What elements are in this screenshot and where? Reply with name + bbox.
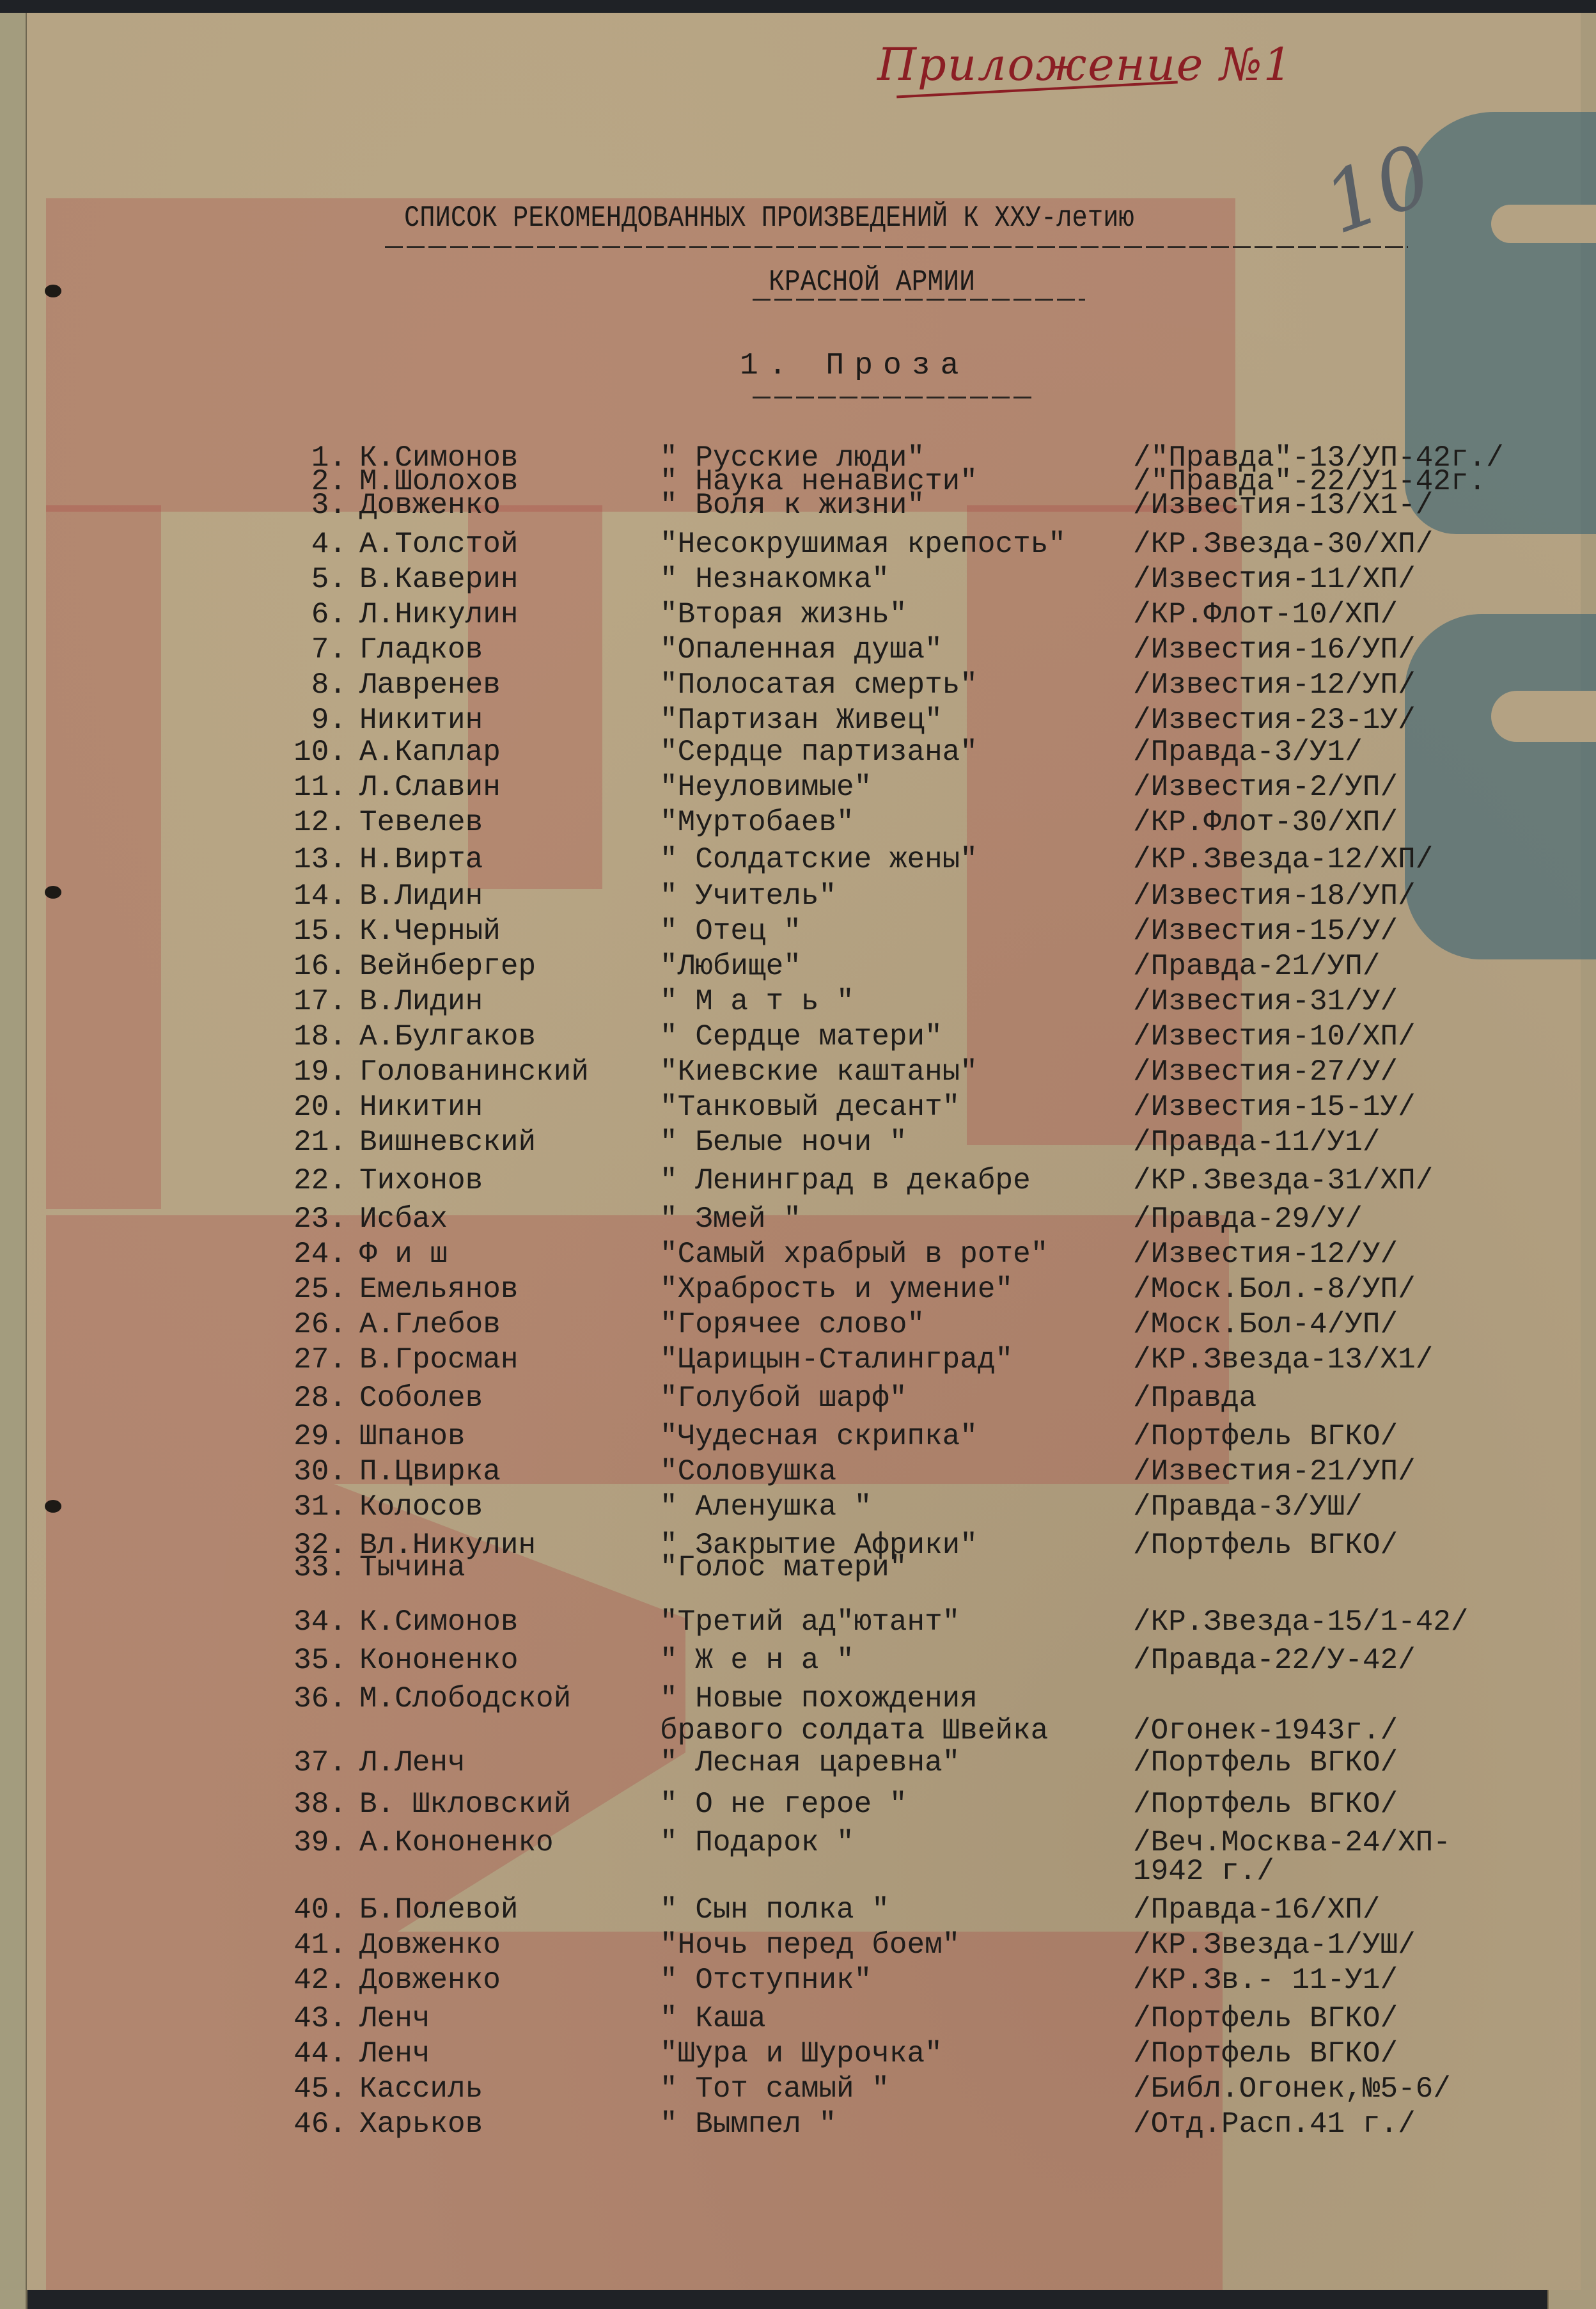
- binding-hole: [45, 1500, 61, 1513]
- entry-title: " Незнакомка": [660, 563, 889, 596]
- entry-author: В.Гросман: [359, 1343, 518, 1376]
- entry-author: А.Булгаков: [359, 1020, 536, 1053]
- entry-author: Исбах: [359, 1202, 448, 1236]
- entry-title: "Партизан Живец": [660, 704, 943, 737]
- entry-number: 25.: [283, 1273, 347, 1306]
- entry-source: /Известия-13/Х1-/: [1133, 489, 1433, 522]
- entry-number: 19.: [283, 1055, 347, 1089]
- entry-author: Л.Ленч: [359, 1746, 465, 1779]
- entry-number: 36.: [283, 1682, 347, 1715]
- entry-author: Ф и ш: [359, 1238, 448, 1271]
- entry-title: " О не герое ": [660, 1788, 907, 1821]
- entry-title: "Несокрушимая крепость": [660, 528, 1066, 561]
- entry-title: "Сердце партизана": [660, 736, 978, 769]
- entry-source: /Известия-12/У/: [1133, 1238, 1398, 1271]
- entry-title: " Отец ": [660, 915, 801, 948]
- red-overlay-top: [46, 198, 1235, 512]
- entry-number: 8.: [283, 668, 347, 702]
- document-title-line2: КРАСНОЙ АРМИИ: [769, 265, 975, 299]
- entry-source: /Правда-3/У1/: [1133, 736, 1363, 769]
- entry-author: Колосов: [359, 1490, 483, 1524]
- entry-title: "Муртобаев": [660, 806, 854, 839]
- entry-author: Кононенко: [359, 1644, 518, 1677]
- entry-author: Довженко: [359, 1964, 501, 1997]
- entry-author: К.Симонов: [359, 1605, 518, 1639]
- entry-author: Вейнбергер: [359, 950, 536, 983]
- entry-number: 45.: [283, 2072, 347, 2106]
- entry-number: 11.: [283, 771, 347, 804]
- entry-title: " Змей ": [660, 1202, 801, 1236]
- entry-title: "Горячее слово": [660, 1308, 925, 1341]
- entry-author: Голованинский: [359, 1055, 589, 1089]
- entry-number: 4.: [283, 528, 347, 561]
- entry-title: " Подарок ": [660, 1826, 854, 1859]
- entry-title: "Вторая жизнь": [660, 598, 907, 631]
- entry-source: /Известия-31/У/: [1133, 985, 1398, 1018]
- entry-title: "Чудесная скрипка": [660, 1420, 978, 1453]
- red-overlay-bottom: [46, 1932, 1223, 2290]
- entry-number: 23.: [283, 1202, 347, 1236]
- entry-number: 21.: [283, 1126, 347, 1159]
- entry-source: /Известия-21/УП/: [1133, 1455, 1416, 1488]
- entry-author: Л.Славин: [359, 771, 501, 804]
- title-underline-2: [753, 299, 1085, 301]
- entry-title: " Белые ночи ": [660, 1126, 907, 1159]
- entry-number: 10.: [283, 736, 347, 769]
- entry-author: Ленч: [359, 2002, 430, 2035]
- entry-number: 42.: [283, 1964, 347, 1997]
- binding-hole: [45, 886, 61, 899]
- entry-number: 44.: [283, 2037, 347, 2070]
- entry-source: /Правда: [1133, 1382, 1256, 1415]
- entry-title: " Аленушка ": [660, 1490, 872, 1524]
- entry-number: 35.: [283, 1644, 347, 1677]
- entry-author: А.Каплар: [359, 736, 501, 769]
- entry-source: /Известия-16/УП/: [1133, 633, 1416, 666]
- section-underline: [753, 397, 1034, 398]
- section-heading: 1. Проза: [740, 349, 969, 383]
- entry-source: /КР.Звезда-31/ХП/: [1133, 1164, 1433, 1197]
- entry-author: Довженко: [359, 1928, 501, 1962]
- entry-number: 24.: [283, 1238, 347, 1271]
- entry-title: " М а т ь ": [660, 985, 854, 1018]
- entry-author: К.Черный: [359, 915, 501, 948]
- document-page: Приложение №1 10 СПИСОК РЕКОМЕНДОВАННЫХ …: [27, 13, 1581, 2290]
- entry-source: /Известия-15-1У/: [1133, 1091, 1416, 1124]
- entry-source: /Известия-11/ХП/: [1133, 563, 1416, 596]
- entry-author: В.Каверин: [359, 563, 518, 596]
- entry-source: /КР.Звезда-13/Х1/: [1133, 1343, 1433, 1376]
- entry-number: 15.: [283, 915, 347, 948]
- entry-number: 37.: [283, 1746, 347, 1779]
- entry-title: " Лесная царевна": [660, 1746, 960, 1779]
- entry-source: /КР.Зв.- 11-У1/: [1133, 1964, 1398, 1997]
- entry-author: Емельянов: [359, 1273, 518, 1306]
- entry-source: /Моск.Бол-4/УП/: [1133, 1308, 1398, 1341]
- entry-source: /Правда-11/У1/: [1133, 1126, 1380, 1159]
- entry-title: "Третий ад"ютант": [660, 1605, 960, 1639]
- entry-title: "Танковый десант": [660, 1091, 960, 1124]
- entry-title: " Ленинград в декабре: [660, 1164, 1031, 1197]
- entry-author: Вишневский: [359, 1126, 536, 1159]
- entry-source: /Портфель ВГКО/: [1133, 1420, 1398, 1453]
- handwritten-annex-note: Приложение №1: [877, 38, 1293, 91]
- entry-number: 31.: [283, 1490, 347, 1524]
- red-overlay-left: [46, 505, 161, 1209]
- entry-source: /Портфель ВГКО/: [1133, 1529, 1398, 1562]
- entry-author: А.Глебов: [359, 1308, 501, 1341]
- entry-author: Н.Вирта: [359, 843, 483, 876]
- entry-author: Л.Никулин: [359, 598, 518, 631]
- entry-source: /Огонек-1943г./: [1133, 1714, 1398, 1747]
- entry-source: /Правда-21/УП/: [1133, 950, 1380, 983]
- entry-number: 39.: [283, 1826, 347, 1859]
- entry-author: Тихонов: [359, 1164, 483, 1197]
- entry-author: Б.Полевой: [359, 1893, 518, 1927]
- entry-number: 5.: [283, 563, 347, 596]
- entry-number: 18.: [283, 1020, 347, 1053]
- entry-title: "Опаленная душа": [660, 633, 943, 666]
- entry-source: /Библ.Огонек,№5-6/: [1133, 2072, 1451, 2106]
- entry-title: "Полосатая смерть": [660, 668, 978, 702]
- entry-number: 43.: [283, 2002, 347, 2035]
- entry-source: /Известия-2/УП/: [1133, 771, 1398, 804]
- entry-source: /Известия-10/ХП/: [1133, 1020, 1416, 1053]
- entry-title: " Солдатские жены": [660, 843, 978, 876]
- blue-stamp-lower: [1405, 614, 1596, 959]
- entry-number: 13.: [283, 843, 347, 876]
- entry-source: /Известия-18/УП/: [1133, 879, 1416, 913]
- binding-strip: [0, 13, 27, 2309]
- entry-author: Никитин: [359, 1091, 483, 1124]
- entry-author: М.Слободской: [359, 1682, 571, 1715]
- entry-author: А.Кононенко: [359, 1826, 554, 1859]
- entry-title: "Киевские каштаны": [660, 1055, 978, 1089]
- entry-title: "Неуловимые": [660, 771, 872, 804]
- entry-source: /КР.Звезда-1/УШ/: [1133, 1928, 1416, 1962]
- entry-number: 17.: [283, 985, 347, 1018]
- entry-title: " Воля к жизни": [660, 489, 925, 522]
- entry-author: Тычина: [359, 1551, 465, 1584]
- entry-number: 3.: [283, 489, 347, 522]
- entry-number: 41.: [283, 1928, 347, 1962]
- entry-title: "Любище": [660, 950, 801, 983]
- entry-number: 7.: [283, 633, 347, 666]
- entry-author: Довженко: [359, 489, 501, 522]
- entry-title: "Храбрость и умение": [660, 1273, 1013, 1306]
- entry-title: " Сердце матери": [660, 1020, 943, 1053]
- entry-title: "Голубой шарф": [660, 1382, 907, 1415]
- entry-source: /Известия-27/У/: [1133, 1055, 1398, 1089]
- blue-stamp-lower-gap: [1491, 691, 1596, 742]
- entry-number: 9.: [283, 704, 347, 737]
- entry-number: 33.: [283, 1551, 347, 1584]
- entry-number: 34.: [283, 1605, 347, 1639]
- entry-title: " Ж е н а ": [660, 1644, 854, 1677]
- entry-author: В. Шкловский: [359, 1788, 571, 1821]
- entry-title: "Соловушка: [660, 1455, 836, 1488]
- entry-source: /Известия-23-1У/: [1133, 704, 1416, 737]
- entry-number: 28.: [283, 1382, 347, 1415]
- entry-title: " Каша: [660, 2002, 766, 2035]
- entry-number: 26.: [283, 1308, 347, 1341]
- entry-title: "Ночь перед боем": [660, 1928, 960, 1962]
- entry-author: А.Толстой: [359, 528, 518, 561]
- entry-title: "Царицын-Сталинград": [660, 1343, 1013, 1376]
- entry-title: " Отступник": [660, 1964, 872, 1997]
- entry-author: В.Лидин: [359, 985, 483, 1018]
- entry-source: /Отд.Расп.41 г./: [1133, 2108, 1416, 2141]
- entry-number: 46.: [283, 2108, 347, 2141]
- entry-source: /Портфель ВГКО/: [1133, 1788, 1398, 1821]
- red-overlay-lower: [46, 1215, 1229, 1484]
- entry-source: /Портфель ВГКО/: [1133, 2037, 1398, 2070]
- entry-source: /Правда-29/У/: [1133, 1202, 1363, 1236]
- entry-source: /КР.Флот-10/ХП/: [1133, 598, 1398, 631]
- entry-number: 40.: [283, 1893, 347, 1927]
- entry-number: 30.: [283, 1455, 347, 1488]
- entry-author: Тевелев: [359, 806, 483, 839]
- entry-source: /Известия-12/УП/: [1133, 668, 1416, 702]
- entry-source: /Известия-15/У/: [1133, 915, 1398, 948]
- entry-number: 16.: [283, 950, 347, 983]
- entry-title: " Учитель": [660, 879, 836, 913]
- entry-author: Ленч: [359, 2037, 430, 2070]
- entry-source: /Моск.Бол.-8/УП/: [1133, 1273, 1416, 1306]
- blue-stamp-upper-gap: [1491, 205, 1596, 243]
- entry-title: "Шура и Шурочка": [660, 2037, 943, 2070]
- entry-author: В.Лидин: [359, 879, 483, 913]
- entry-number: 38.: [283, 1788, 347, 1821]
- entry-author: П.Цвирка: [359, 1455, 501, 1488]
- entry-title: "Самый храбрый в роте": [660, 1238, 1048, 1271]
- entry-source: /Портфель ВГКО/: [1133, 2002, 1398, 2035]
- entry-number: 22.: [283, 1164, 347, 1197]
- entry-number: 20.: [283, 1091, 347, 1124]
- entry-author: Шпанов: [359, 1420, 465, 1453]
- entry-source: /КР.Звезда-30/ХП/: [1133, 528, 1433, 561]
- binding-hole: [45, 285, 61, 297]
- entry-number: 6.: [283, 598, 347, 631]
- entry-title: " Новые похождения: [660, 1682, 978, 1715]
- entry-author: Кассиль: [359, 2072, 483, 2106]
- entry-source: /Портфель ВГКО/: [1133, 1746, 1398, 1779]
- entry-author: Лавренев: [359, 668, 501, 702]
- entry-title: "Голос матери": [660, 1551, 907, 1584]
- entry-source: 1942 г./: [1133, 1855, 1274, 1888]
- entry-source: /КР.Флот-30/ХП/: [1133, 806, 1398, 839]
- entry-title: " Сын полка ": [660, 1893, 889, 1927]
- entry-number: 14.: [283, 879, 347, 913]
- entry-source: /Правда-22/У-42/: [1133, 1644, 1416, 1677]
- entry-number: 27.: [283, 1343, 347, 1376]
- entry-source: /КР.Звезда-12/ХП/: [1133, 843, 1433, 876]
- entry-title: " Вымпел ": [660, 2108, 836, 2141]
- entry-author: Никитин: [359, 704, 483, 737]
- entry-author: Соболев: [359, 1382, 483, 1415]
- entry-source: /КР.Звезда-15/1-42/: [1133, 1605, 1469, 1639]
- entry-number: 29.: [283, 1420, 347, 1453]
- entry-source: /Правда-16/ХП/: [1133, 1893, 1380, 1927]
- entry-title: бравого солдата Швейка: [660, 1714, 1048, 1747]
- entry-author: Гладков: [359, 633, 483, 666]
- entry-author: Харьков: [359, 2108, 483, 2141]
- entry-number: 12.: [283, 806, 347, 839]
- title-underline-1: [385, 246, 1408, 248]
- entry-title: " Тот самый ": [660, 2072, 889, 2106]
- entry-source: /Правда-3/УШ/: [1133, 1490, 1363, 1524]
- document-title-line1: СПИСОК РЕКОМЕНДОВАННЫХ ПРОИЗВЕДЕНИЙ К XX…: [404, 201, 1134, 235]
